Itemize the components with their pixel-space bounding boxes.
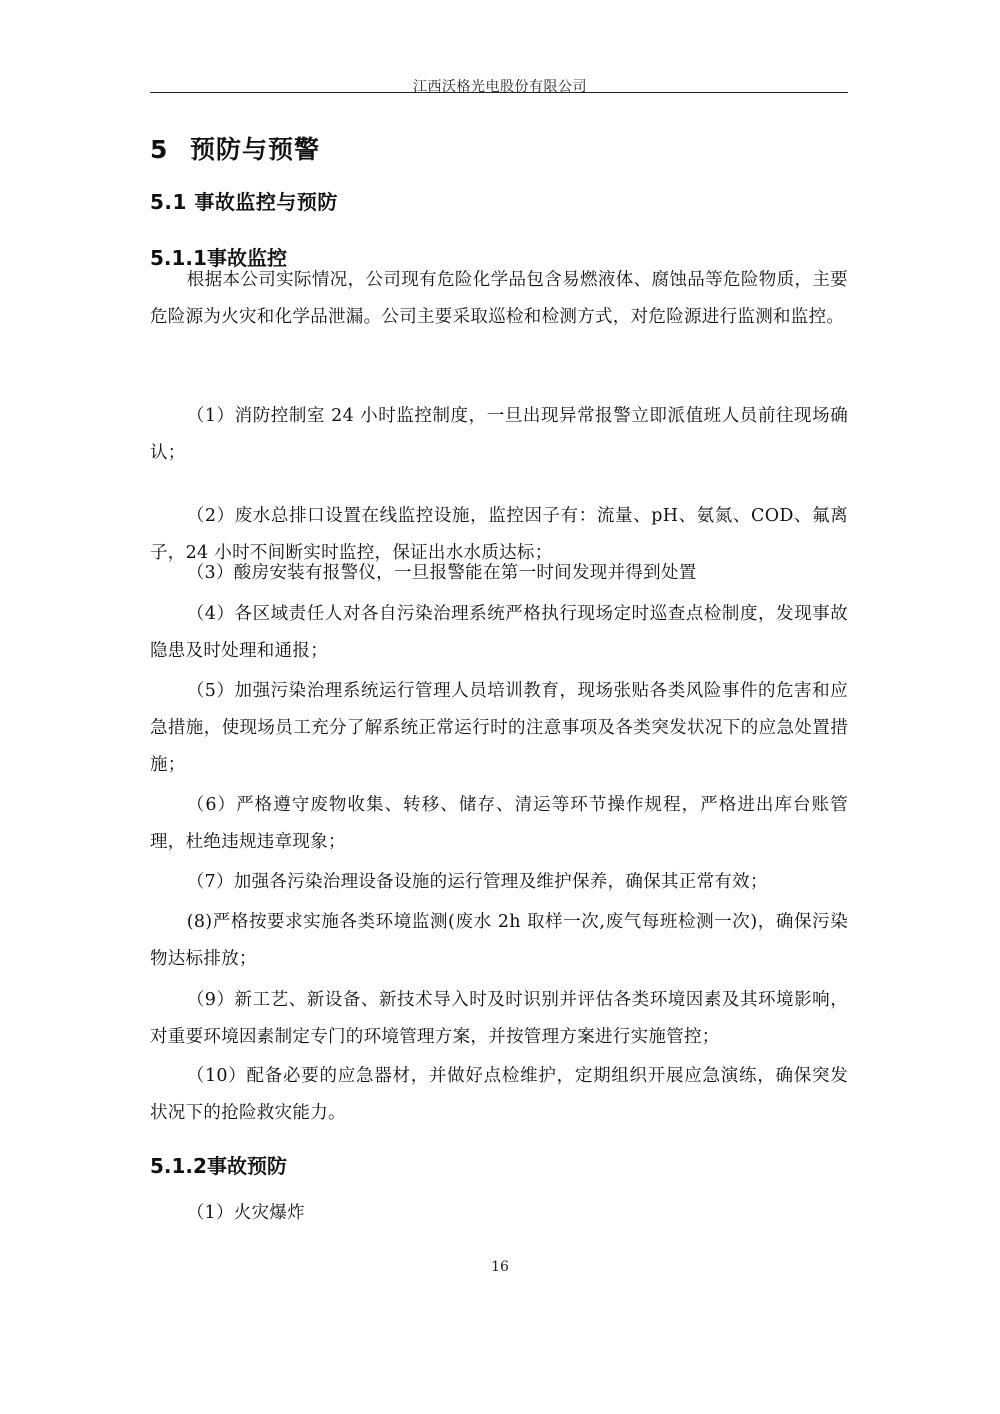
list-item: （9）新工艺、新设备、新技术导入时及时识别并评估各类环境因素及其环境影响，对重要… (150, 982, 848, 1056)
header-company-name: 江西沃格光电股份有限公司 (0, 76, 1000, 96)
list-item: （5）加强污染治理系统运行管理人员培训教育，现场张贴各类风险事件的危害和应急措施… (150, 673, 848, 784)
list-item: （10）配备必要的应急器材，并做好点检维护，定期组织开展应急演练，确保突发状况下… (150, 1058, 848, 1132)
page-number: 16 (0, 1259, 1000, 1275)
section-heading: 5预防与预警 (150, 130, 320, 166)
list-item: （3）酸房安装有报警仪，一旦报警能在第一时间发现并得到处置 (150, 555, 848, 592)
list-item: （7）加强各污染治理设备设施的运行管理及维护保养，确保其正常有效； (150, 864, 848, 901)
subsubsection-heading-prevention: 5.1.2事故预防 (150, 1150, 287, 1179)
section-title: 预防与预警 (190, 135, 320, 164)
list-item: （1）消防控制室 24 小时监控制度，一旦出现异常报警立即派值班人员前往现场确认… (150, 398, 848, 472)
list-item: （1）火灾爆炸 (150, 1195, 848, 1232)
section-number: 5 (150, 135, 190, 164)
intro-paragraph: 根据本公司实际情况，公司现有危险化学品包含易燃液体、腐蚀品等危险物质，主要危险源… (150, 262, 848, 336)
subsection-heading: 5.1 事故监控与预防 (150, 186, 338, 215)
header-divider (150, 92, 848, 93)
list-item: (8)严格按要求实施各类环境监测(废水 2h 取样一次,废气每班检测一次)，确保… (150, 904, 848, 978)
list-item: （6）严格遵守废物收集、转移、储存、清运等环节操作规程，严格进出库台账管理，杜绝… (150, 787, 848, 861)
list-item: （4）各区域责任人对各自污染治理系统严格执行现场定时巡查点检制度，发现事故隐患及… (150, 596, 848, 670)
